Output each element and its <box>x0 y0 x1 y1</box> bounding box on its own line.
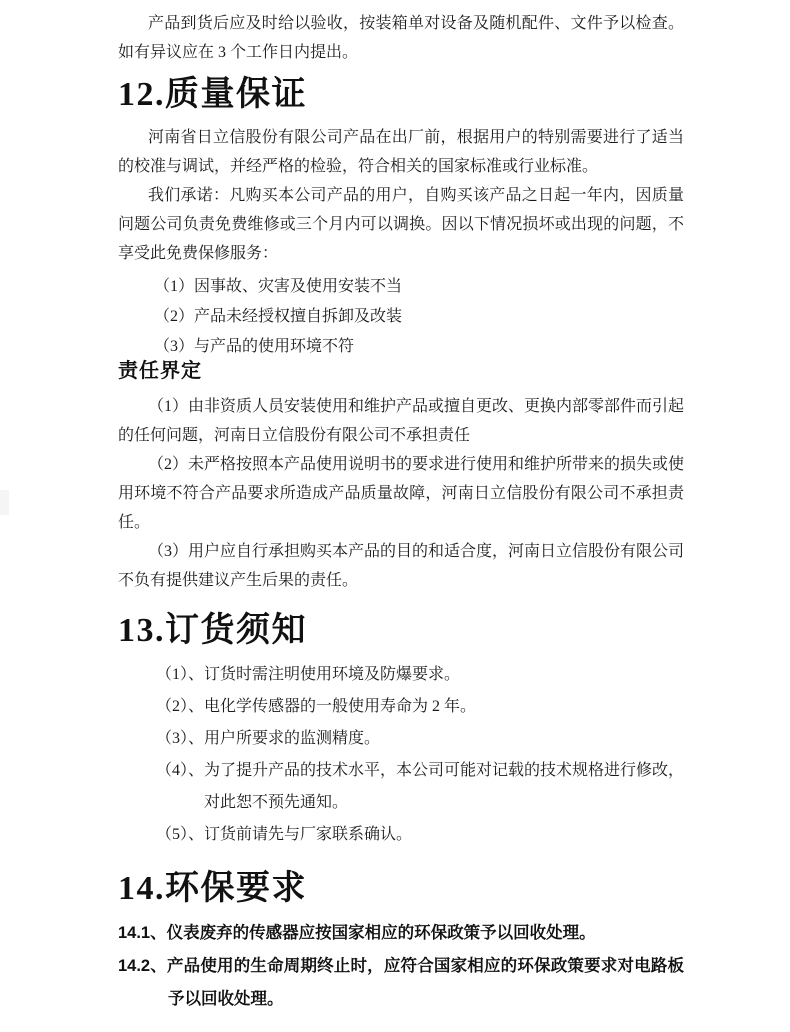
warranty-exclusion-item: （1）因事故、灾害及使用安装不当 <box>118 272 684 302</box>
environmental-requirement-item: 14.1、仪表废弃的传感器应按国家相应的环保政策予以回收处理。 <box>118 917 684 950</box>
ordering-note-item: （1）、订货时需注明使用环境及防爆要求。 <box>156 659 684 691</box>
warranty-exclusion-item: （2）产品未经授权擅自拆卸及改装 <box>118 302 684 332</box>
liability-item: （2）未严格按照本产品使用说明书的要求进行使用和维护所带来的损失或使用环境不符合… <box>118 450 684 537</box>
section-12-heading: 12.质量保证 <box>118 75 684 115</box>
liability-item: （1）由非资质人员安装使用和维护产品或擅自更改、更换内部零部件而引起的任何问题，… <box>118 392 684 450</box>
ordering-note-item: （4）、为了提升产品的技术水平，本公司可能对记载的技术规格进行修改，对此恕不预先… <box>156 755 684 819</box>
ordering-notes-list: （1）、订货时需注明使用环境及防爆要求。 （2）、电化学传感器的一般使用寿命为 … <box>156 659 684 851</box>
environmental-requirement-item: 14.2、产品使用的生命周期终止时，应符合国家相应的环保政策要求对电路板予以回收… <box>118 950 684 1016</box>
scan-edge-artifact <box>0 490 9 515</box>
section-12-paragraph-1: 河南省日立信股份有限公司产品在出厂前，根据用户的特别需要进行了适当的校准与调试，… <box>118 123 684 181</box>
ordering-note-item: （2）、电化学传感器的一般使用寿命为 2 年。 <box>156 691 684 723</box>
section-12-paragraph-2: 我们承诺：凡购买本公司产品的用户，自购买该产品之日起一年内，因质量问题公司负责免… <box>118 181 684 268</box>
document-page: 产品到货后应及时给以验收，按装箱单对设备及随机配件、文件予以检查。如有异议应在 … <box>118 9 684 1016</box>
ordering-note-item: （5）、订货前请先与厂家联系确认。 <box>156 819 684 851</box>
section-14-heading: 14.环保要求 <box>118 869 684 909</box>
warranty-exclusion-list: （1）因事故、灾害及使用安装不当 （2）产品未经授权擅自拆卸及改装 （3）与产品… <box>118 272 684 362</box>
liability-item: （3）用户应自行承担购买本产品的目的和适合度，河南日立信股份有限公司不负有提供建… <box>118 537 684 595</box>
ordering-note-item: （3）、用户所要求的监测精度。 <box>156 723 684 755</box>
section-13-heading: 13.订货须知 <box>118 611 684 651</box>
intro-paragraph: 产品到货后应及时给以验收，按装箱单对设备及随机配件、文件予以检查。如有异议应在 … <box>118 9 684 67</box>
